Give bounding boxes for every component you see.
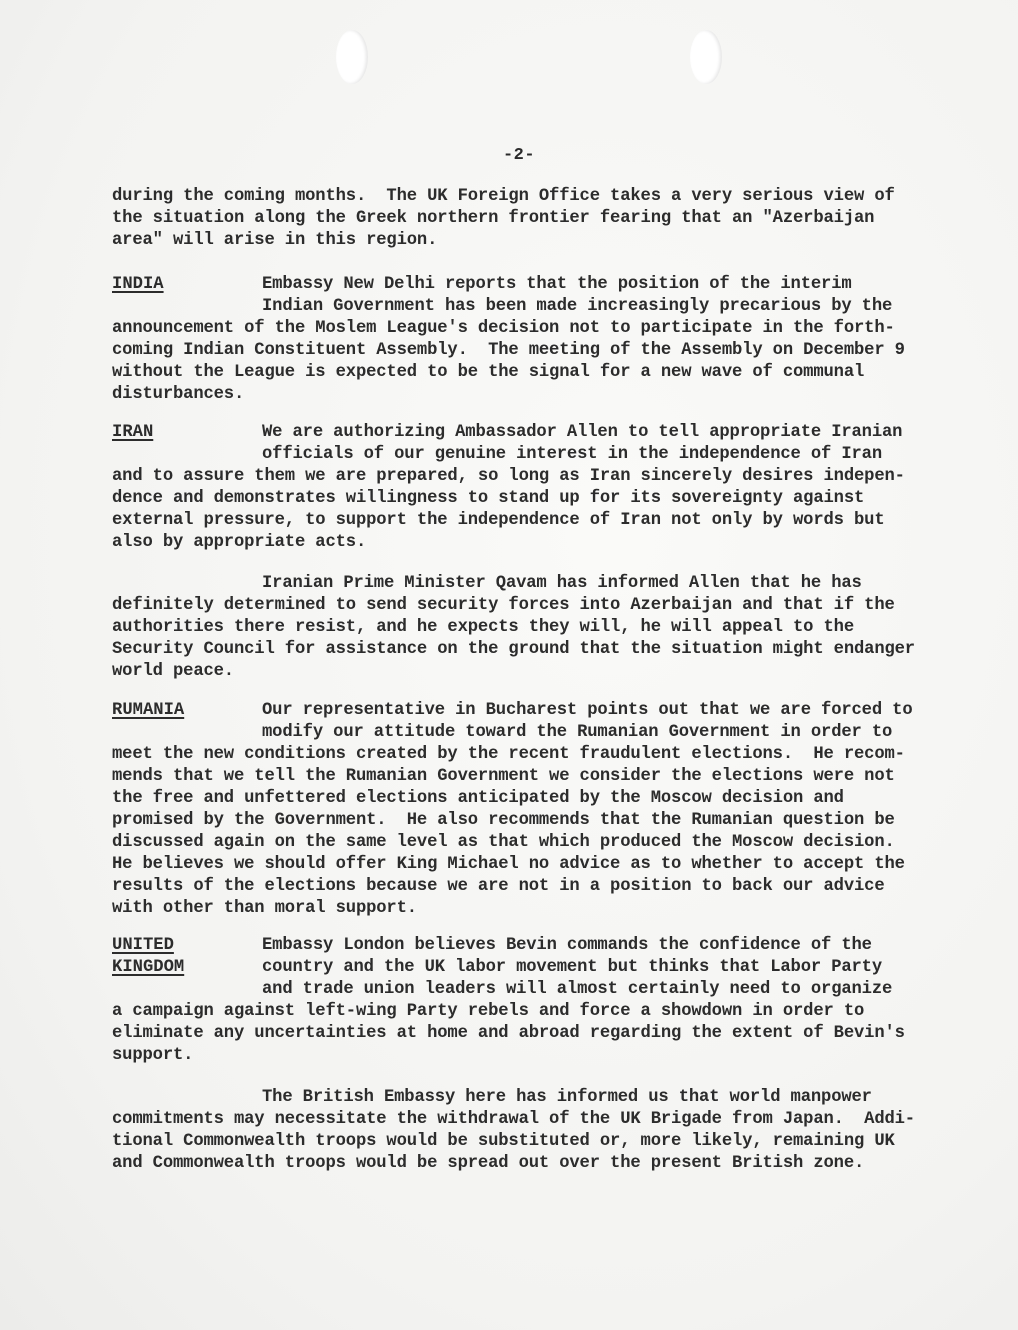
uk-line: country and the UK labor movement but th… xyxy=(262,957,882,979)
india-line: Indian Government has been made increasi… xyxy=(262,296,892,318)
iran-line: also by appropriate acts. xyxy=(112,532,366,554)
page-number: -2- xyxy=(0,146,1018,165)
iran-line: officials of our genuine interest in the… xyxy=(262,444,882,466)
india-line: without the League is expected to be the… xyxy=(112,362,864,384)
india-line: announcement of the Moslem League's deci… xyxy=(112,318,895,340)
rumania-line: the free and unfettered elections antici… xyxy=(112,788,844,810)
rumania-line: meet the new conditions created by the r… xyxy=(112,744,905,766)
iran-line: dence and demonstrates willingness to st… xyxy=(112,488,864,510)
uk-line: a campaign against left-wing Party rebel… xyxy=(112,1001,864,1023)
section-label-india: INDIA xyxy=(112,274,164,296)
india-line: coming Indian Constituent Assembly. The … xyxy=(112,340,905,362)
punch-hole-mark xyxy=(336,30,368,84)
iran-line: We are authorizing Ambassador Allen to t… xyxy=(262,422,902,444)
india-line: disturbances. xyxy=(112,384,244,406)
uk-p2-line: commitments may necessitate the withdraw… xyxy=(112,1109,915,1131)
rumania-line: modify our attitude toward the Rumanian … xyxy=(262,722,892,744)
iran-p2-line: definitely determined to send security f… xyxy=(112,595,895,617)
rumania-line: Our representative in Bucharest points o… xyxy=(262,700,913,722)
iran-p2-line: world peace. xyxy=(112,661,234,683)
section-label-united-kingdom-line1: UNITED xyxy=(112,935,174,957)
section-label-iran: IRAN xyxy=(112,422,153,444)
rumania-line: mends that we tell the Rumanian Governme… xyxy=(112,766,895,788)
punch-hole-mark xyxy=(690,30,722,84)
iran-p2-line: authorities there resist, and he expects… xyxy=(112,617,854,639)
uk-line: and trade union leaders will almost cert… xyxy=(262,979,892,1001)
section-label-rumania: RUMANIA xyxy=(112,700,184,722)
rumania-line: discussed again on the same level as tha… xyxy=(112,832,895,854)
iran-p2-line: Iranian Prime Minister Qavam has informe… xyxy=(262,573,862,595)
section-label-united-kingdom-line2: KINGDOM xyxy=(112,957,184,979)
iran-line: external pressure, to support the indepe… xyxy=(112,510,884,532)
rumania-line: with other than moral support. xyxy=(112,898,417,920)
iran-p2-line: Security Council for assistance on the g… xyxy=(112,639,915,661)
rumania-line: promised by the Government. He also reco… xyxy=(112,810,895,832)
uk-line: eliminate any uncertainties at home and … xyxy=(112,1023,905,1045)
uk-p2-line: The British Embassy here has informed us… xyxy=(262,1087,872,1109)
document-page: -2- during the coming months. The UK For… xyxy=(0,0,1018,1330)
uk-p2-line: and Commonwealth troops would be spread … xyxy=(112,1153,864,1175)
rumania-line: results of the elections because we are … xyxy=(112,876,884,898)
iran-line: and to assure them we are prepared, so l… xyxy=(112,466,905,488)
uk-line: support. xyxy=(112,1045,193,1067)
rumania-line: He believes we should offer King Michael… xyxy=(112,854,905,876)
intro-line: during the coming months. The UK Foreign… xyxy=(112,186,895,208)
uk-line: Embassy London believes Bevin commands t… xyxy=(262,935,872,957)
uk-p2-line: tional Commonwealth troops would be subs… xyxy=(112,1131,895,1153)
intro-line: the situation along the Greek northern f… xyxy=(112,208,874,230)
india-line: Embassy New Delhi reports that the posit… xyxy=(262,274,852,296)
intro-line: area" will arise in this region. xyxy=(112,230,437,252)
